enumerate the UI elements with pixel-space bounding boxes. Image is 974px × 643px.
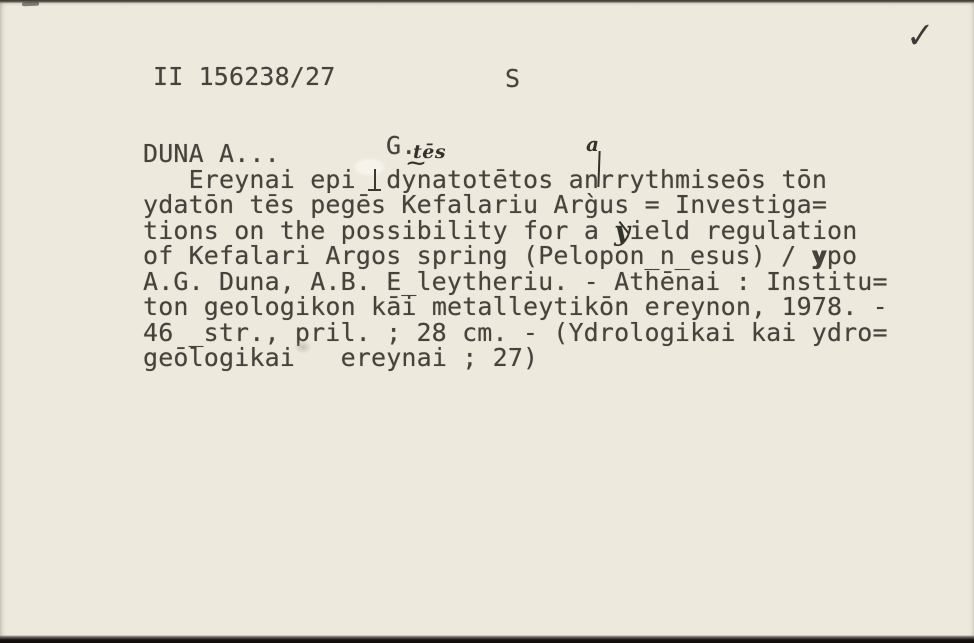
scan-edge-bottom [0, 635, 974, 643]
author-line: DUNA A... [143, 141, 888, 167]
overstruck-y: y [812, 241, 827, 270]
imprint-line-1: A.G. Duna, A.B. E̲leytheriu. - Athēnai :… [143, 269, 888, 295]
handwritten-checkmark: ✓ [906, 14, 934, 57]
scan-edge-top [0, 0, 974, 3]
title-line-3: tions on the possibility for a yield reg… [143, 218, 888, 244]
insertion-caret-base [368, 189, 381, 191]
handwritten-inserted-a: a [586, 132, 599, 156]
catalog-entry-text: DUNA A... Ereynai epi dynatotētos anrryt… [143, 141, 888, 371]
section-letter: S [505, 64, 520, 93]
call-number: II 156238/27 [153, 62, 335, 91]
insertion-caret-mark [374, 169, 376, 190]
handwritten-y-correction: y [614, 219, 629, 245]
title-line-2: ydatōn tēs pegēs Kefalariu Arg̀us = Inve… [143, 192, 888, 218]
title-line-4-text: of Kefalari Argos spring (Pelopon̲n̲esus… [143, 241, 812, 270]
whiteout-patch [356, 160, 383, 174]
scan-artifact-mark [22, 2, 39, 7]
title-line-4-rest: po [827, 241, 857, 270]
collation-line: 46 ̲str., pril. ; 28 cm. - (Ydrologikai … [143, 320, 888, 346]
series-line: geōlogikai ereynai ; 27) [143, 345, 888, 371]
erased-character-smudge [294, 340, 312, 354]
handwritten-tilde-mark: ~ [405, 152, 427, 174]
catalog-card: II 156238/27 S ✓ DUNA A... Ereynai epi d… [0, 0, 974, 643]
imprint-line-2: ton geologikon kāi metalleytikōn ereynon… [143, 294, 888, 320]
title-line-1: Ereynai epi dynatotētos anrrythmiseōs tō… [143, 167, 888, 193]
title-line-4: of Kefalari Argos spring (Pelopon̲n̲esus… [143, 243, 888, 269]
